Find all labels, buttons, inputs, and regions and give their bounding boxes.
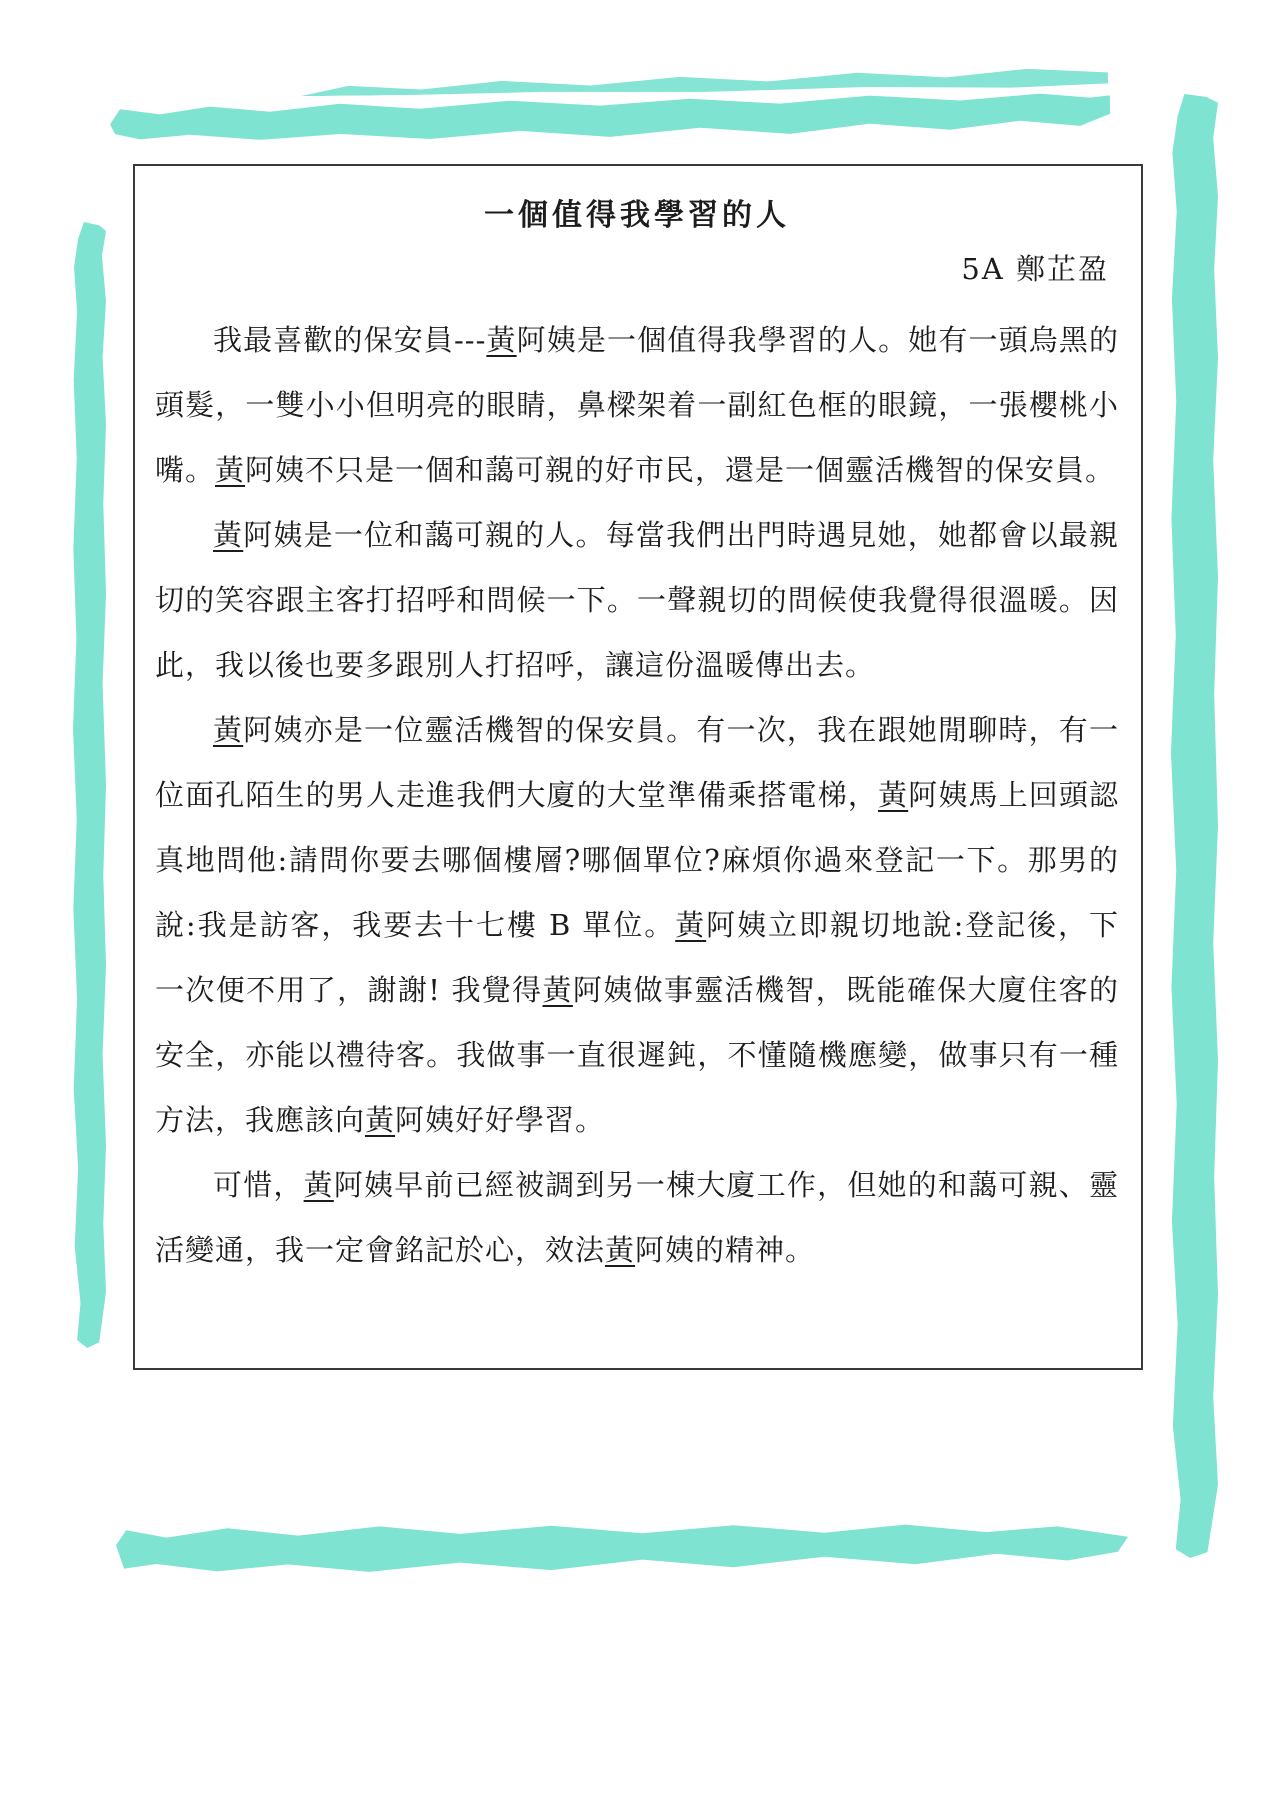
underlined-proper-name: 黃 xyxy=(365,1103,395,1137)
underlined-proper-name: 黃 xyxy=(543,973,573,1007)
essay-paragraph: 可惜，黃阿姨早前已經被調到另一棟大廈工作，但她的和藹可親、靈活變通，我一定會銘記… xyxy=(155,1153,1119,1283)
underlined-proper-name: 黃 xyxy=(605,1233,635,1267)
essay-text: 可惜， xyxy=(213,1168,304,1202)
essay-paragraph: 黃阿姨亦是一位靈活機智的保安員。有一次，我在跟她閒聊時，有一位面孔陌生的男人走進… xyxy=(155,698,1119,1153)
underlined-proper-name: 黃 xyxy=(675,908,706,942)
essay-text: 阿姨是一位和藹可親的人。每當我們出門時遇見她，她都會以最親切的笑容跟主客打招呼和… xyxy=(155,518,1119,682)
underlined-proper-name: 黃 xyxy=(304,1168,334,1202)
underlined-proper-name: 黃 xyxy=(213,713,243,747)
underlined-proper-name: 黃 xyxy=(486,323,516,357)
underlined-proper-name: 黃 xyxy=(878,778,908,812)
essay-text: 阿姨好好學習。 xyxy=(395,1103,605,1137)
underlined-proper-name: 黃 xyxy=(213,518,243,552)
essay-body: 我最喜歡的保安員---黃阿姨是一個值得我學習的人。她有一頭烏黑的頭髮，一雙小小但… xyxy=(155,308,1119,1283)
teal-brush-stroke-right xyxy=(1170,94,1218,1558)
essay-paragraph: 黃阿姨是一位和藹可親的人。每當我們出門時遇見她，她都會以最親切的笑容跟主客打招呼… xyxy=(155,503,1119,698)
essay-frame: 一個值得我學習的人 5A 鄭芷盈 我最喜歡的保安員---黃阿姨是一個值得我學習的… xyxy=(133,164,1143,1370)
essay-title: 一個值得我學習的人 xyxy=(155,192,1119,240)
scanned-page: 一個值得我學習的人 5A 鄭芷盈 我最喜歡的保安員---黃阿姨是一個值得我學習的… xyxy=(0,0,1280,1810)
underlined-proper-name: 黃 xyxy=(215,453,245,487)
teal-brush-stroke-left xyxy=(72,222,106,1348)
essay-text: 阿姨的精神。 xyxy=(635,1233,815,1267)
essay-paragraph: 我最喜歡的保安員---黃阿姨是一個值得我學習的人。她有一頭烏黑的頭髮，一雙小小但… xyxy=(155,308,1119,503)
essay-author: 5A 鄭芷盈 xyxy=(155,240,1119,298)
essay-text: 阿姨不只是一個和藹可親的好市民，還是一個靈活機智的保安員。 xyxy=(245,453,1115,487)
essay-text: 我最喜歡的保安員--- xyxy=(213,323,486,357)
teal-brush-stroke-top-streak xyxy=(300,66,1108,96)
teal-brush-stroke-bottom xyxy=(116,1512,1128,1576)
